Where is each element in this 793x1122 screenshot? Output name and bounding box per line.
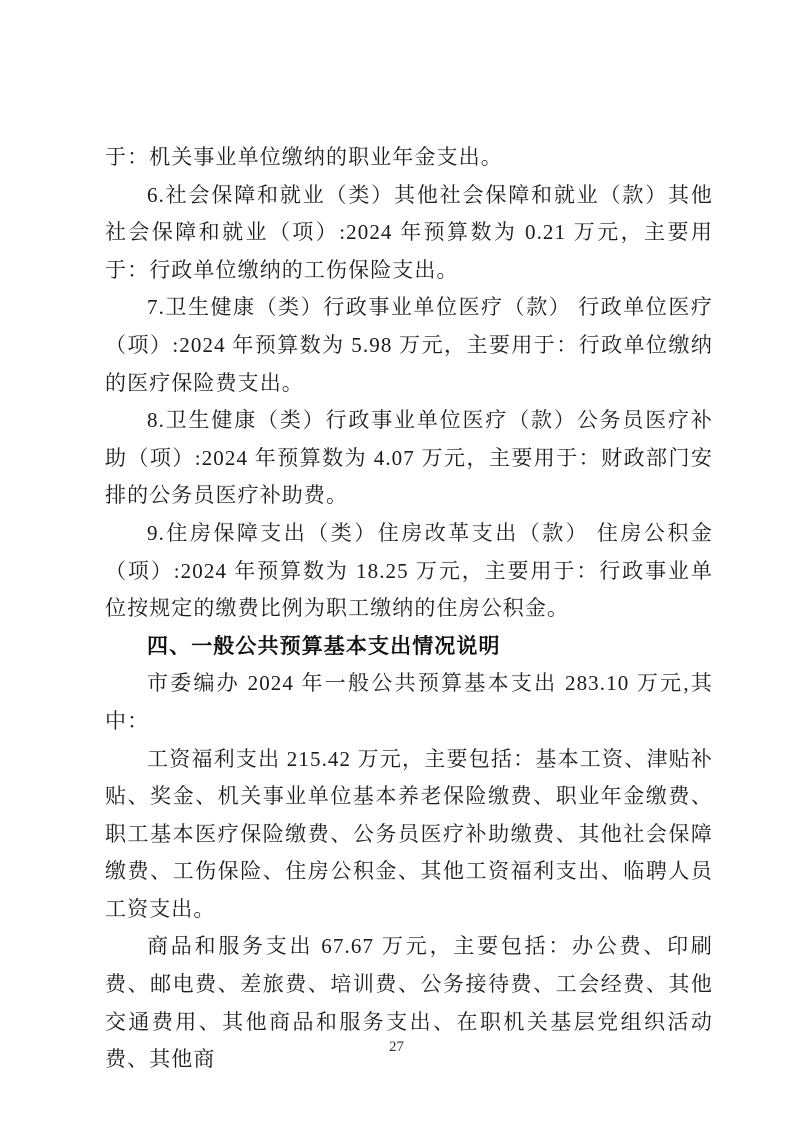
paragraph-goods-services-expenditure: 商品和服务支出 67.67 万元，主要包括：办公费、印刷费、邮电费、差旅费、培训… <box>105 928 713 1078</box>
paragraph-item-7-health-admin-medical: 7.卫生健康（类）行政事业单位医疗（款） 行政单位医疗（项）:2024 年预算数… <box>105 289 713 402</box>
paragraph-basic-expenditure-total: 市委编办 2024 年一般公共预算基本支出 283.10 万元,其中： <box>105 665 713 740</box>
section-heading-basic-expenditure: 四、一般公共预算基本支出情况说明 <box>105 628 713 666</box>
document-page: 于：机关事业单位缴纳的职业年金支出。 6.社会保障和就业（类）其他社会保障和就业… <box>0 0 793 1122</box>
paragraph-item-9-housing-fund: 9.住房保障支出（类）住房改革支出（款） 住房公积金（项）:2024 年预算数为… <box>105 515 713 628</box>
page-number: 27 <box>389 1039 404 1055</box>
paragraph-item-6-social-security: 6.社会保障和就业（类）其他社会保障和就业（款）其他社会保障和就业（项）:202… <box>105 177 713 290</box>
paragraph-item-8-health-civil-servant-subsidy: 8.卫生健康（类）行政事业单位医疗（款）公务员医疗补助（项）:2024 年预算数… <box>105 402 713 515</box>
paragraph-salary-welfare-expenditure: 工资福利支出 215.42 万元，主要包括：基本工资、津贴补贴、奖金、机关事业单… <box>105 741 713 929</box>
document-body: 于：机关事业单位缴纳的职业年金支出。 6.社会保障和就业（类）其他社会保障和就业… <box>105 139 713 1079</box>
page-footer: 27 <box>0 1038 793 1056</box>
paragraph-continuation-occupational-annuity: 于：机关事业单位缴纳的职业年金支出。 <box>105 139 713 177</box>
